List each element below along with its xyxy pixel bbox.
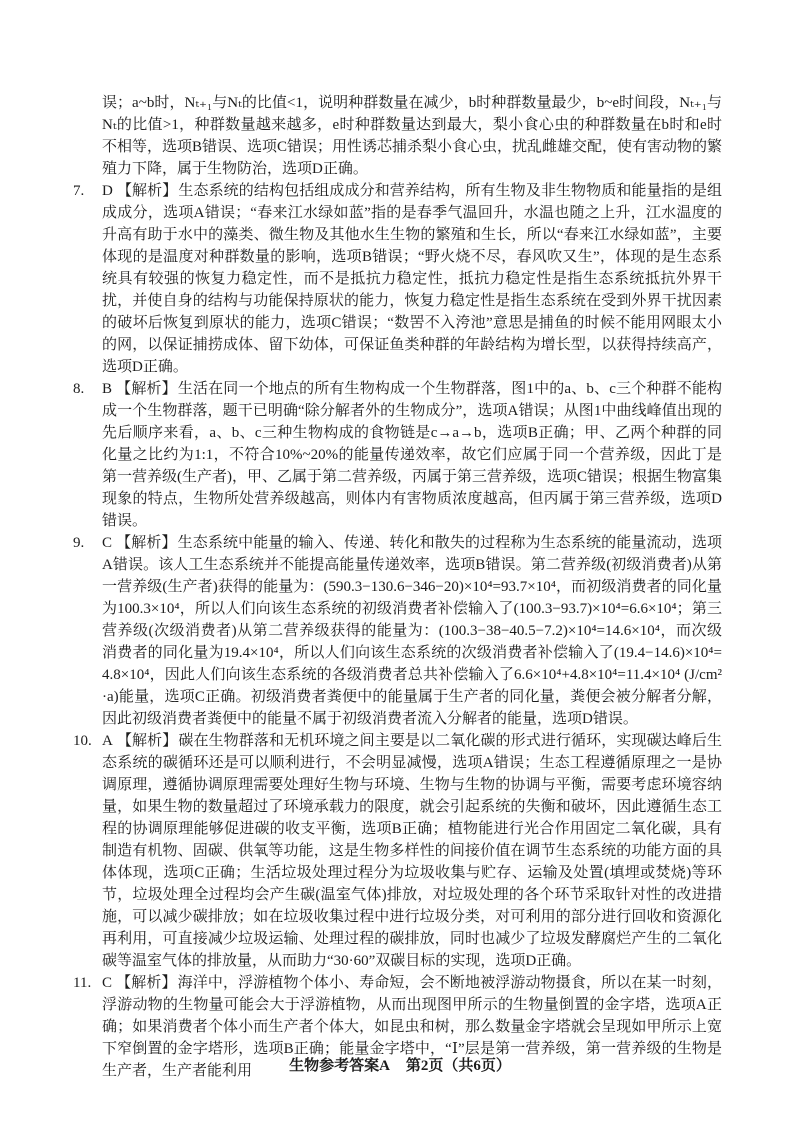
- analysis-text: 生态系统的结构包括组成成分和营养结构，所有生物及非生物物质和能量指的是组成成分，…: [102, 183, 722, 375]
- footer-page-indicator: 第2页（共6页）: [406, 1058, 511, 1074]
- item-number: 11.: [73, 972, 91, 994]
- analysis-text: 碳在生物群落和无机环境之间主要是以二氧化碳的形式进行循环，实现碳达峰后生态系统的…: [102, 733, 722, 969]
- item-number: 9.: [73, 532, 84, 554]
- item-number: 10.: [73, 730, 92, 752]
- document-page: 误；a~b时，Nₜ₊₁与Nₜ的比值<1，说明种群数量在减少，b时种群数量最少，b…: [0, 0, 800, 1132]
- answer-letter: D: [102, 183, 113, 199]
- answer-item-10: 10. A【解析】碳在生物群落和无机环境之间主要是以二氧化碳的形式进行循环，实现…: [102, 730, 722, 972]
- answer-key-body: 误；a~b时，Nₜ₊₁与Nₜ的比值<1，说明种群数量在减少，b时种群数量最少，b…: [102, 92, 722, 1082]
- analysis-label: 【解析】: [117, 183, 178, 199]
- analysis-label: 【解析】: [116, 975, 177, 991]
- answer-item-7: 7. D【解析】生态系统的结构包括组成成分和营养结构，所有生物及非生物物质和能量…: [102, 180, 722, 378]
- answer-item-9: 9. C【解析】生态系统中能量的输入、传递、转化和散失的过程称为生态系统的能量流…: [102, 532, 722, 730]
- analysis-text: 生活在同一个地点的所有生物构成一个生物群落，图1中的a、b、c三个种群不能构成一…: [102, 381, 722, 529]
- item-number: 7.: [73, 180, 84, 202]
- answer-letter: B: [102, 381, 112, 397]
- analysis-label: 【解析】: [116, 535, 177, 551]
- answer-letter: C: [102, 535, 112, 551]
- page-footer: 生物参考答案A第2页（共6页）: [0, 1054, 800, 1075]
- answer-letter: A: [102, 733, 113, 749]
- answer-item-8: 8. B【解析】生活在同一个地点的所有生物构成一个生物群落，图1中的a、b、c三…: [102, 378, 722, 532]
- analysis-label: 【解析】: [116, 381, 177, 397]
- analysis-label: 【解析】: [117, 733, 178, 749]
- answer-letter: C: [102, 975, 112, 991]
- continued-paragraph: 误；a~b时，Nₜ₊₁与Nₜ的比值<1，说明种群数量在减少，b时种群数量最少，b…: [102, 92, 722, 180]
- footer-doc-title: 生物参考答案A: [289, 1058, 390, 1074]
- item-number: 8.: [73, 378, 84, 400]
- analysis-text: 生态系统中能量的输入、传递、转化和散失的过程称为生态系统的能量流动，选项A错误。…: [102, 535, 722, 727]
